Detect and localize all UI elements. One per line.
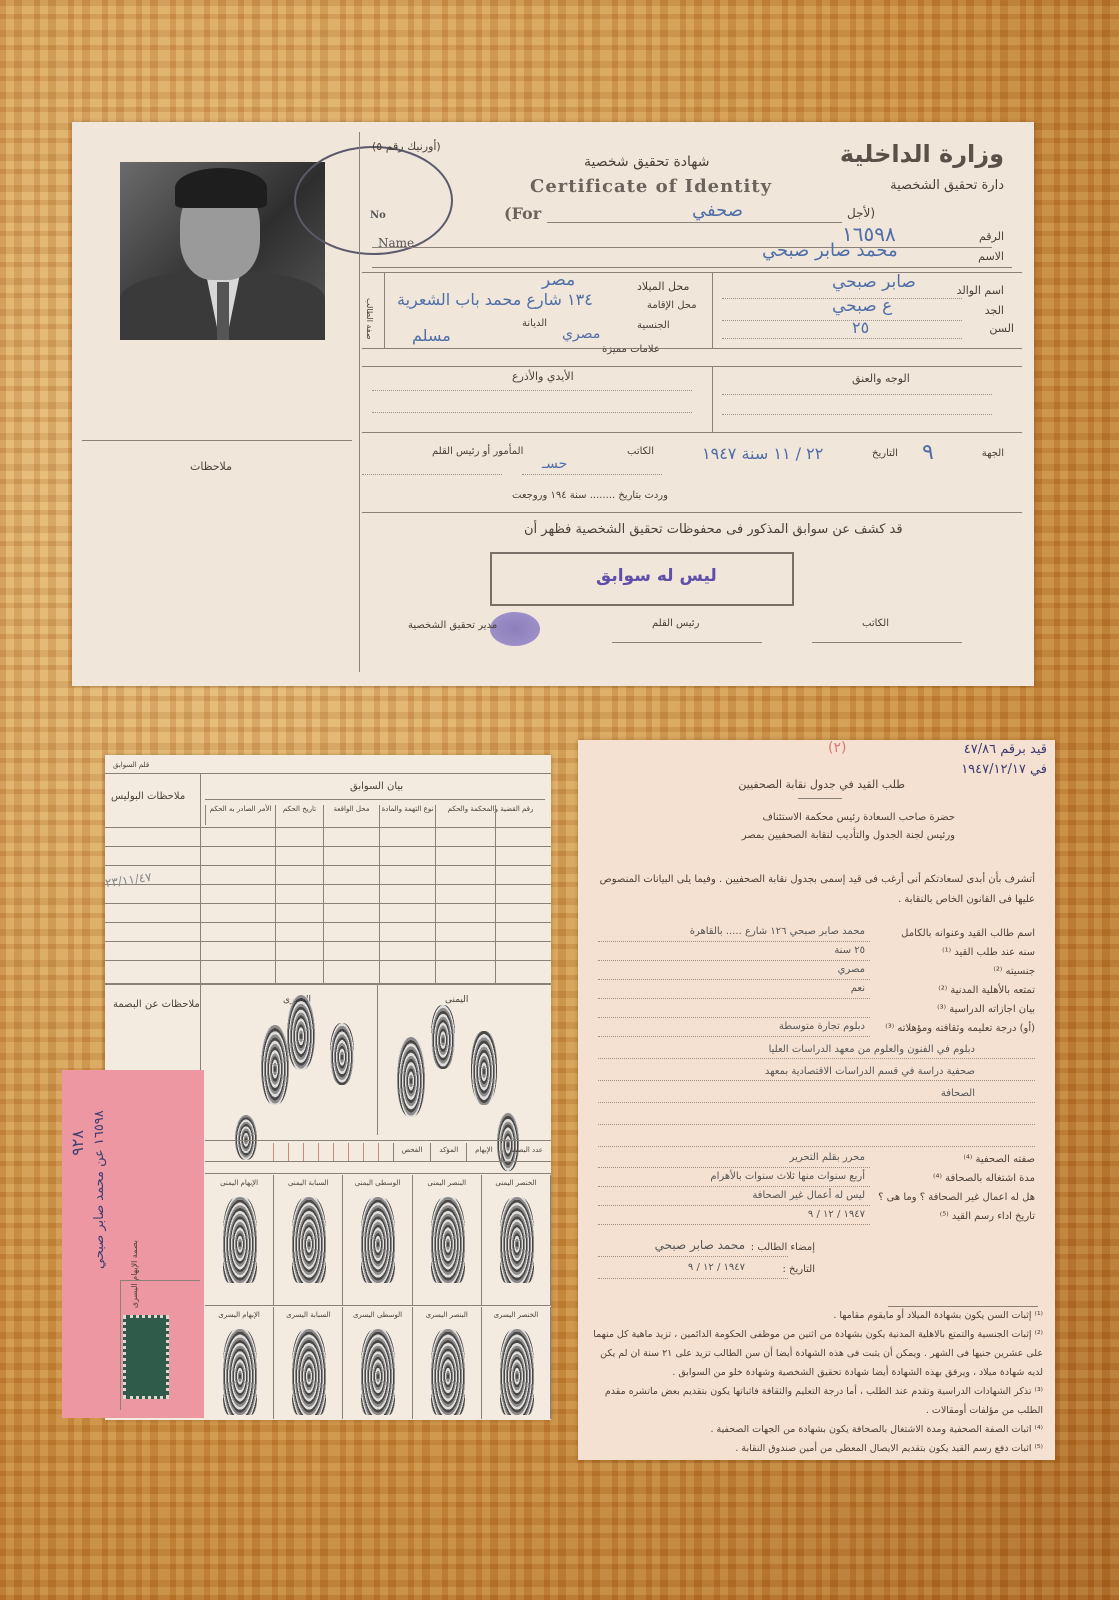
title-arabic: شهادة تحقيق شخصية — [584, 154, 709, 170]
field-value: نعم — [851, 983, 865, 994]
count-strip: عدد البصمةالإبهامالمؤكدالفحص — [205, 1143, 551, 1161]
signature-value: محمد صابر صبحي — [655, 1238, 745, 1252]
page-mark: (٢) — [828, 740, 846, 756]
fingerprint-left-group — [287, 995, 315, 1070]
form-field: سنه عند طلب القيد ⁽¹⁾٢٥ سنة — [598, 947, 1035, 966]
finger-cell-left: الوسطى اليسرى — [343, 1307, 412, 1419]
form-code: (أورنيك رقم ٥) — [372, 140, 441, 153]
no-label: No — [370, 210, 386, 221]
record-column-header: تاريخ الحكم — [275, 805, 323, 825]
revenue-stamp — [123, 1315, 169, 1399]
nationality-value: مصري — [562, 326, 600, 342]
fingerprint-thumb — [497, 1113, 519, 1171]
pink-slip-label: بصمة الإبهام اليسرى — [130, 1240, 139, 1308]
strip-label: الفحص — [393, 1143, 431, 1161]
date-value: ٢٢ / ١١ سنة ١٩٤٧ — [702, 444, 823, 463]
result-box: ليس له سوابق — [490, 552, 794, 606]
field-label: تمتعه بالأهلية المدنية ⁽²⁾ — [938, 985, 1035, 996]
record-column-header: محل الواقعة — [323, 805, 379, 825]
education-line: الصحافة — [941, 1088, 975, 1099]
footnote: ⁽²⁾ إثبات الجنسية والتمتع بالاهلية المدن… — [588, 1325, 1043, 1382]
addressee-line-1: حضرة صاحب السعادة رئيس محكمة الاستئناف — [762, 812, 955, 823]
grandfather-value: ع صبحي — [832, 296, 892, 316]
print-notes-label: ملاحظات عن البصمة — [113, 999, 200, 1010]
card-corner-code: قلم السوابق — [113, 761, 149, 769]
footnotes: ⁽¹⁾ إثبات السن يكون بشهادة الميلاد أو ما… — [588, 1306, 1043, 1458]
finger-cell-left: الخنصر اليسرى — [482, 1307, 551, 1419]
distinguishing-marks-label: علامات مميزة — [602, 344, 660, 355]
form-field: تاريخ اداء رسم القيد ⁽⁵⁾١٩٤٧ / ١٢ / ٩ — [598, 1211, 1035, 1230]
field-value: محرر بقلم التحرير — [790, 1152, 865, 1163]
clerk-label-2: الكاتب — [862, 618, 889, 629]
fingerprint — [292, 1329, 326, 1415]
field-value: ليس له أعمال غير الصحافة — [752, 1190, 865, 1201]
authority-label: الجهة — [982, 448, 1004, 459]
table-row — [105, 846, 551, 847]
religion-value: مسلم — [412, 326, 451, 345]
residence-value: ١٣٤ شارع محمد باب الشعرية — [397, 290, 593, 309]
field-value: مصري — [838, 964, 865, 975]
table-row — [105, 865, 551, 866]
fingerprint — [431, 1197, 465, 1283]
number-label: الرقم — [979, 230, 1004, 243]
field-label: صفته الصحفية ⁽⁴⁾ — [963, 1154, 1035, 1165]
finger-cell-left: السبابة اليسرى — [274, 1307, 343, 1419]
footnote: ⁽⁴⁾ اثبات الصفة الصحفية ومدة الاشتغال با… — [588, 1420, 1043, 1439]
table-row — [105, 922, 551, 923]
addressee-line-2: ورئيس لجنة الجدول والتأديب لنقابة الصحفي… — [742, 830, 955, 841]
fingerprint — [500, 1197, 534, 1283]
finger-cell-left: الإبهام اليسرى — [205, 1307, 274, 1419]
records-table-body — [105, 827, 551, 1007]
fingerprint — [500, 1329, 534, 1415]
fingerprint — [223, 1329, 257, 1415]
officer-label: المأمور أو رئيس القلم — [432, 446, 523, 457]
age-value: ٢٥ — [852, 318, 869, 337]
ministry-seal — [294, 146, 453, 255]
date-label: التاريخ — [872, 448, 898, 459]
title-english: Certificate of Identity — [530, 176, 772, 197]
application-title: طلب القيد في جدول نقابة الصحفيين — [738, 778, 905, 791]
police-notes-label: ملاحظات البوليس — [111, 791, 185, 802]
pink-slip-number: ٩٢٨ — [68, 1130, 87, 1156]
portrait-photo — [120, 162, 325, 340]
finger-cell-right: السبابة اليمنى — [274, 1175, 343, 1305]
residence-label: محل الإقامة — [647, 300, 697, 311]
finger-label: الوسطى اليسرى — [343, 1311, 411, 1319]
face-label: الوجه والعنق — [852, 372, 910, 385]
purple-seal — [490, 612, 540, 646]
footnote: ⁽⁵⁾ اثبات دفع رسم القيد يكون بتقديم الاي… — [588, 1439, 1043, 1458]
record-column-header: رقم القضية والمحكمة والحكم — [435, 805, 545, 825]
for-value: صحفي — [692, 200, 743, 221]
religion-label: الديانة — [522, 318, 547, 329]
field-value: ٢٥ سنة — [834, 945, 865, 956]
clerk-label: الكاتب — [627, 446, 654, 457]
signature-label: إمضاء الطالب : — [751, 1242, 815, 1253]
registration-date: في ١٩٤٧/١٢/١٧ — [961, 762, 1047, 777]
table-row — [105, 827, 551, 828]
field-label: تاريخ اداء رسم القيد ⁽⁵⁾ — [940, 1211, 1035, 1222]
certificate-of-identity: (أورنيك رقم ٥) No Name وزارة الداخلية دا… — [72, 122, 1034, 686]
strip-label: الإبهام — [466, 1143, 501, 1161]
strip-label: المؤكد — [430, 1143, 466, 1161]
form-field: جنسيته ⁽²⁾مصري — [598, 966, 1035, 985]
form-field: (أو) درجة تعليمه وثقافته ومؤهلاته ⁽³⁾دبل… — [598, 1023, 1035, 1042]
received-label: وردت بتاريخ ........ سنة ١٩٤ وروجعت — [512, 490, 668, 501]
finger-label: السبابة اليمنى — [274, 1179, 342, 1187]
father-label: اسم الوالد — [957, 284, 1004, 297]
for-label-ar: (لأجل — [847, 206, 875, 220]
record-column-header: نوع التهمة والمادة — [379, 805, 435, 825]
finger-label: الإبهام اليسرى — [205, 1311, 273, 1319]
finger-label: السبابة اليسرى — [274, 1311, 342, 1319]
notes-label: ملاحظات — [190, 460, 232, 473]
ministry-title: وزارة الداخلية — [840, 140, 1004, 168]
field-label: اسم طالب القيد وعنوانه بالكامل — [901, 928, 1035, 939]
field-label: جنسيته ⁽²⁾ — [993, 966, 1035, 977]
grandfather-label: الجد — [985, 304, 1004, 317]
finger-cell-right: البنصر اليمنى — [413, 1175, 482, 1305]
nationality-label: الجنسية — [637, 320, 670, 331]
department-name: دارة تحقيق الشخصية — [890, 178, 1004, 193]
records-header: بيان السوابق — [350, 781, 403, 792]
fingerprint — [223, 1197, 257, 1283]
strip-label: عدد البصمة — [501, 1143, 551, 1161]
name-value: محمد صابر صبحي — [762, 240, 898, 261]
for-label-en: (For — [504, 204, 541, 223]
field-value: أربع سنوات منها ثلاث سنوات بالأهرام — [710, 1171, 865, 1182]
field-value: ١٩٤٧ / ١٢ / ٩ — [808, 1209, 865, 1220]
records-table-header: الأمر الصادر به الحكمتاريخ الحكممحل الوا… — [205, 805, 545, 825]
application-date-label: التاريخ : — [782, 1264, 815, 1275]
limbs-label: الأيدي والأذرع — [512, 370, 574, 383]
field-label: بيان اجازاته الدراسية ⁽³⁾ — [937, 1004, 1035, 1015]
table-row — [105, 960, 551, 961]
finger-cell-right: الإبهام اليمنى — [205, 1175, 274, 1305]
fingerprint — [431, 1329, 465, 1415]
finger-cell-right: الخنصر اليمنى — [482, 1175, 551, 1305]
footnote: ⁽³⁾ تذكر الشهادات الدراسية وتقدم عند الط… — [588, 1382, 1043, 1420]
applicant-side-label: صفة الطالب — [365, 280, 374, 340]
field-label: مدة اشتغاله بالصحافة ⁽⁴⁾ — [933, 1173, 1035, 1184]
father-value: صابر صبحي — [832, 272, 916, 292]
field-label: (أو) درجة تعليمه وثقافته ومؤهلاته ⁽³⁾ — [885, 1023, 1035, 1034]
field-label: سنه عند طلب القيد ⁽¹⁾ — [942, 947, 1035, 958]
education-line: صحفية دراسة في قسم الدراسات الاقتصادية ب… — [765, 1066, 975, 1077]
footnote: ⁽¹⁾ إثبات السن يكون بشهادة الميلاد أو ما… — [588, 1306, 1043, 1325]
authority-value: ٩ — [922, 440, 934, 465]
name-label: الاسم — [978, 250, 1004, 263]
finger-label: الإبهام اليمنى — [205, 1179, 273, 1187]
age-label: السن — [989, 322, 1014, 335]
clerk-signature: حسـ — [542, 456, 567, 472]
no-records-stamp: ليس له سوابق — [596, 566, 717, 586]
intro-line-2: عليها فى القانون الخاص بالنقابة . — [898, 894, 1035, 905]
table-row — [105, 941, 551, 942]
syndicate-application: قيد برقم ٤٧/٨٦ في ١٩٤٧/١٢/١٧ (٢) طلب الق… — [578, 740, 1055, 1460]
finger-label: البنصر اليمنى — [413, 1179, 481, 1187]
finger-label: الخنصر اليسرى — [482, 1311, 550, 1319]
left-hand-fingers: الإبهام اليسرىالسبابة اليسرىالوسطى اليسر… — [205, 1307, 551, 1419]
right-hand-label: اليمنى — [445, 995, 468, 1005]
table-row — [105, 903, 551, 904]
fingerprint — [361, 1197, 395, 1283]
right-hand-fingers: الإبهام اليمنىالسبابة اليمنىالوسطى اليمن… — [205, 1175, 551, 1305]
finger-label: البنصر اليسرى — [413, 1311, 481, 1319]
finger-label: الوسطى اليمنى — [343, 1179, 411, 1187]
form-field: تمتعه بالأهلية المدنية ⁽²⁾نعم — [598, 985, 1035, 1004]
fingerprint-right-group — [431, 1005, 455, 1069]
field-label: هل له اعمال غير الصحافة ؟ وما هى ؟ — [878, 1192, 1035, 1203]
birthplace-value: مصر — [542, 270, 575, 290]
table-row — [105, 884, 551, 885]
fingerprint-right-group — [471, 1031, 497, 1105]
record-column-header: الأمر الصادر به الحكم — [205, 805, 275, 825]
birthplace-label: محل الميلاد — [637, 280, 689, 293]
intro-line-1: أتشرف بأن أبدى لسعادتكم أنى أرغب فى قيد … — [600, 874, 1035, 885]
education-line: دبلوم في الفنون والعلوم من معهد الدراسات… — [769, 1044, 975, 1055]
fingerprint-left-group — [261, 1025, 289, 1105]
registration-note: قيد برقم ٤٧/٨٦ — [964, 742, 1047, 757]
records-search-text: قد كشف عن سوابق المذكور فى محفوظات تحقيق… — [524, 522, 903, 537]
field-value: محمد صابر صبحي ١٢٦ شارع ..... بالقاهرة — [690, 926, 865, 937]
application-date-value: ١٩٤٧ / ١٢ / ٩ — [688, 1262, 745, 1273]
fingerprint-left-group — [330, 1023, 354, 1085]
fingerprint — [292, 1197, 326, 1283]
director-label: مدير تحقيق الشخصية — [408, 620, 497, 631]
fingerprint — [361, 1329, 395, 1415]
field-value: دبلوم تجارة متوسطة — [779, 1021, 865, 1032]
form-field: اسم طالب القيد وعنوانه بالكاملمحمد صابر … — [598, 928, 1035, 947]
finger-cell-left: البنصر اليسرى — [413, 1307, 482, 1419]
finger-label: الخنصر اليمنى — [482, 1179, 550, 1187]
pink-slip-text: ١٦٥٩٨ عن محمد صابر صبحي — [92, 1110, 107, 1390]
fingerprint-right-group — [397, 1037, 425, 1117]
head-clerk-label: رئيس القلم — [652, 618, 699, 629]
finger-cell-right: الوسطى اليمنى — [343, 1175, 412, 1305]
